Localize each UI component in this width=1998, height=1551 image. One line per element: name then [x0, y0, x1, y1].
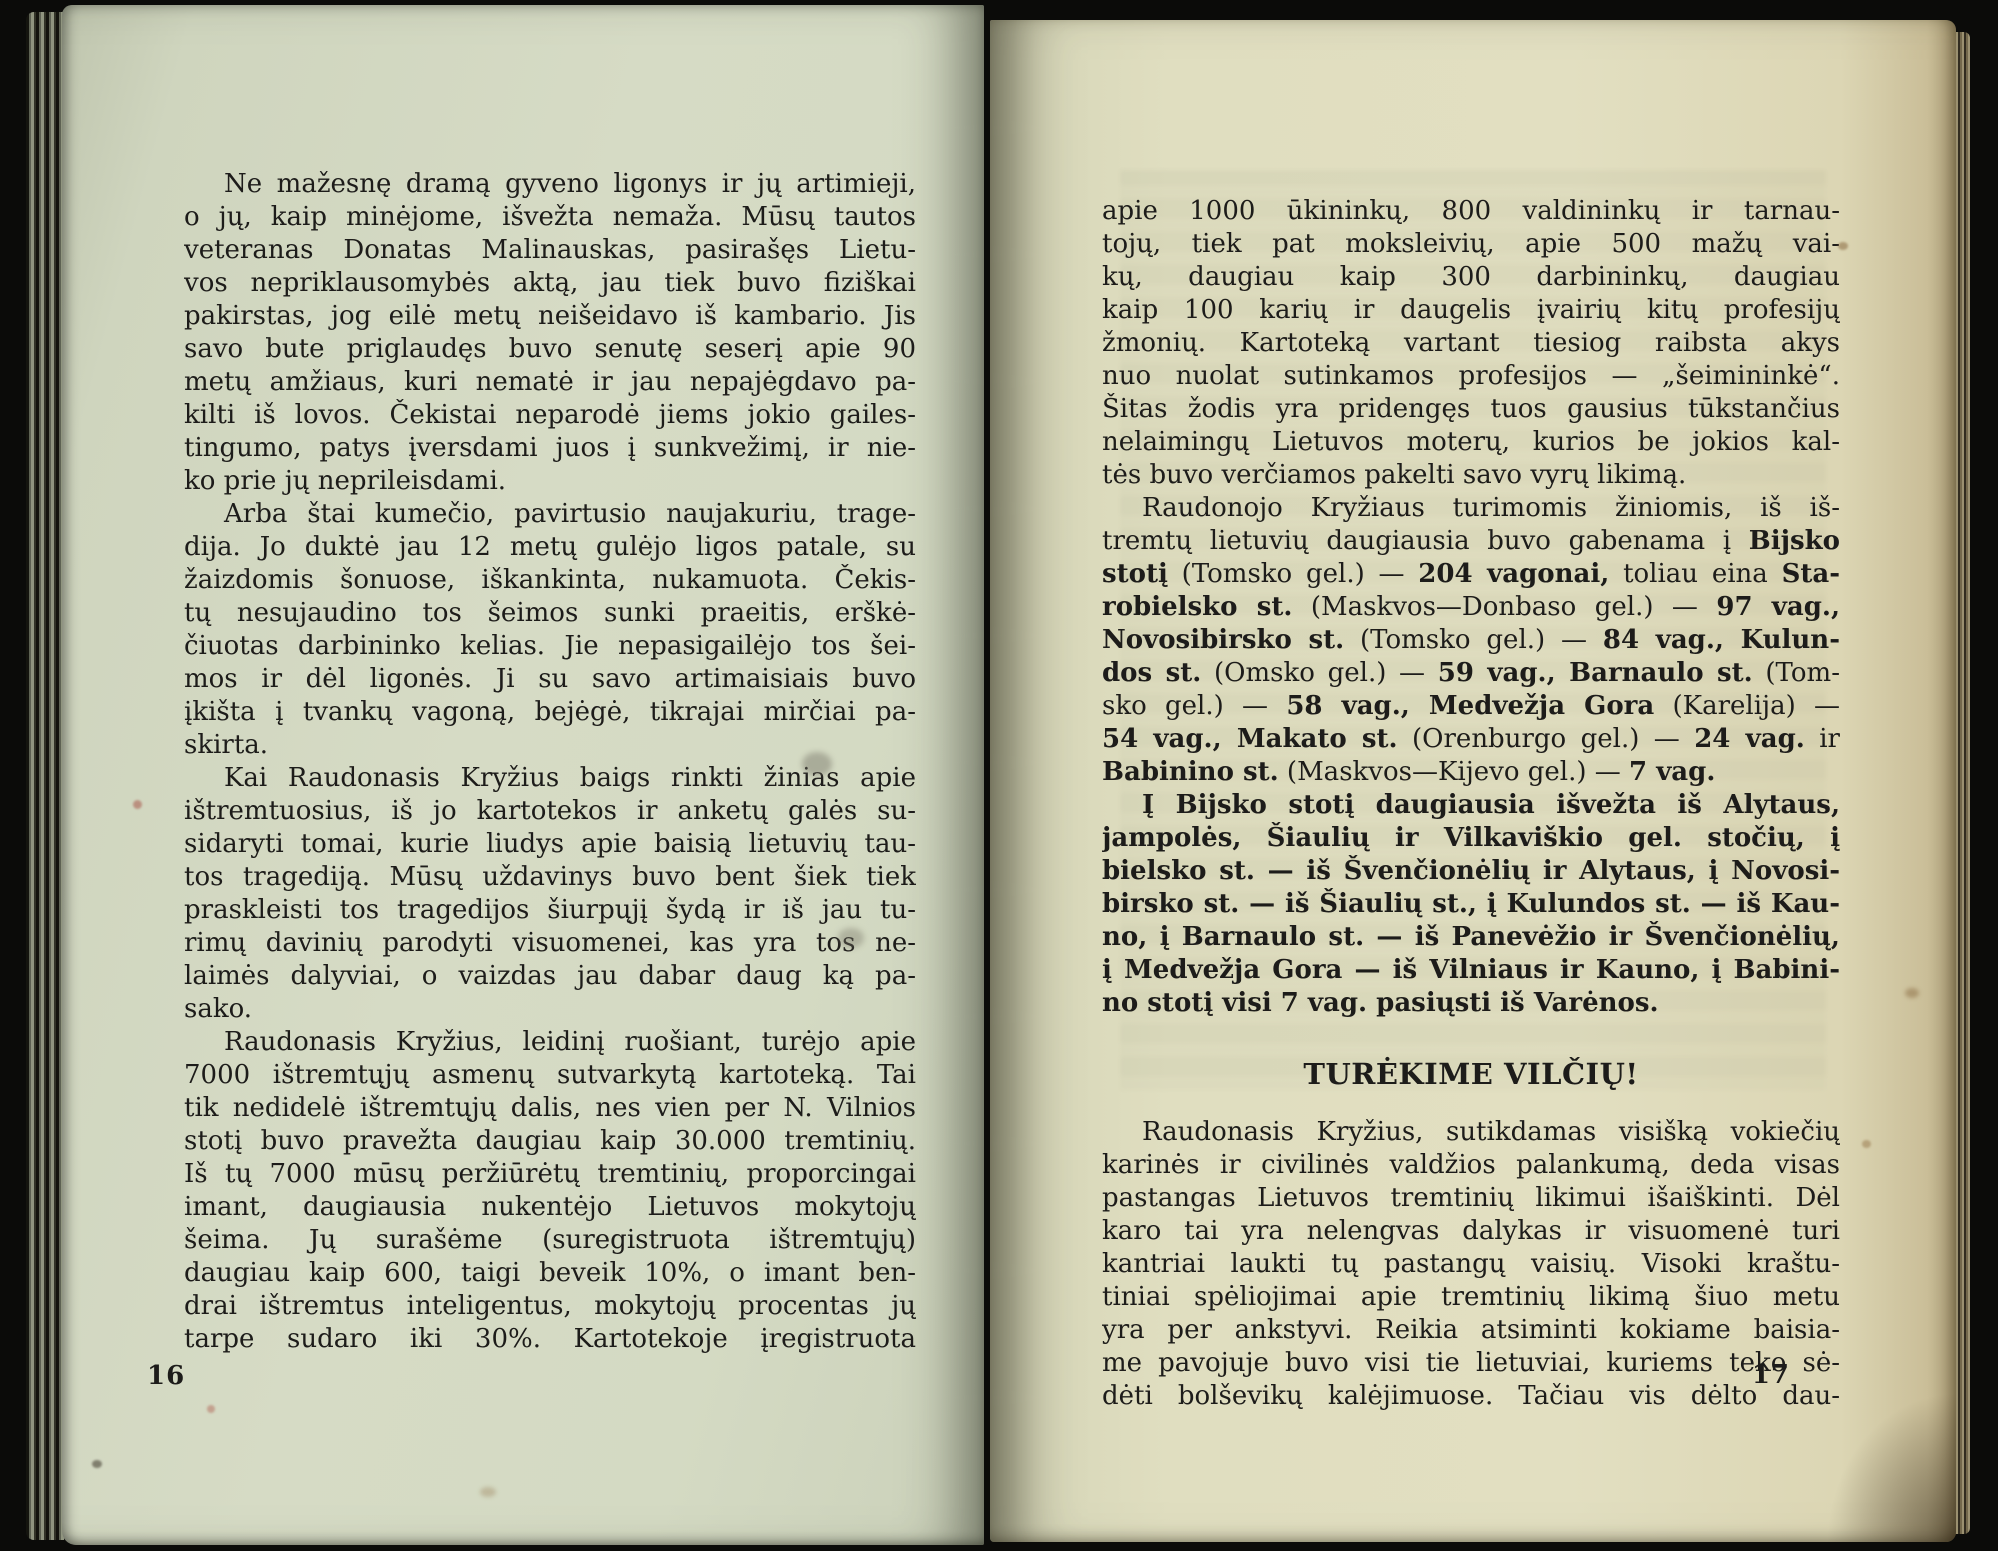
text-line: kaip 100 karių ir daugelis įvairių kitų … [1102, 294, 1840, 327]
text-line: Raudonojo Kryžiaus turimomis žiniomis, i… [1102, 492, 1840, 525]
page-corner-shadow [1826, 1392, 1956, 1542]
text-line: apie 1000 ūkininkų, 800 valdininkų ir ta… [1102, 195, 1840, 228]
text-line: vos nepriklausomybės aktą, jau tiek buvo… [184, 267, 916, 300]
text-line: į Medvežja Gora — iš Vilniaus ir Kauno, … [1102, 954, 1840, 987]
text-line: Babinino st. (Maskvos—Kijevo gel.) — 7 v… [1102, 756, 1840, 789]
text-line: dija. Jo duktė jau 12 metų gulėjo ligos … [184, 531, 916, 564]
text-line: sidaryti tomai, kurie liudys apie baisią… [184, 828, 916, 861]
text-line: šeima. Jų surašėme (suregistruota ištrem… [184, 1224, 916, 1257]
text-line: Raudonasis Kryžius, sutikdamas visišką v… [1102, 1116, 1840, 1149]
text-line: tarpe sudaro iki 30%. Kartotekoje įregis… [184, 1323, 916, 1356]
stain [480, 1487, 496, 1497]
text-line: nuo nuolat sutinkamos profesijos — „šeim… [1102, 360, 1840, 393]
text-line: tingumo, patys įversdami juos į sunkveži… [184, 432, 916, 465]
text-line: Ne mažesnę dramą gyveno ligonys ir jų ar… [184, 168, 916, 201]
text-line: sako. [184, 993, 916, 1026]
text-line: tik nedidelė ištremtųjų dalis, nes vien … [184, 1092, 916, 1125]
text-line: stotį (Tomsko gel.) — 204 vagonai, tolia… [1102, 558, 1840, 591]
book-spread: Ne mažesnę dramą gyveno ligonys ir jų ar… [0, 0, 1998, 1551]
text-line: Novosibirsko st. (Tomsko gel.) — 84 vag.… [1102, 624, 1840, 657]
text-line: įkišta į tvankų vagoną, bejėgė, tikrajai… [184, 696, 916, 729]
text-line: mos ir dėl ligonės. Ji su savo artimaisi… [184, 663, 916, 696]
text-line: žaizdomis šonuose, iškankinta, nukamuota… [184, 564, 916, 597]
text-line: Iš tų 7000 mūsų peržiūrėtų tremtinių, pr… [184, 1158, 916, 1191]
stain [207, 1405, 215, 1413]
text-line: karo tai yra nelengvas dalykas ir visuom… [1102, 1215, 1840, 1248]
text-line: praskleisti tos tragedijos šiurpųjį šydą… [184, 894, 916, 927]
text-line: pastangas Lietuvos tremtinių likimui iša… [1102, 1182, 1840, 1215]
text-line: tės buvo verčiamos pakelti savo vyrų lik… [1102, 459, 1840, 492]
right-page-text-column: apie 1000 ūkininkų, 800 valdininkų ir ta… [1102, 195, 1840, 1413]
text-line: tojų, tiek pat moksleivių, apie 500 mažų… [1102, 228, 1840, 261]
text-line: nelaimingų Lietuvos moterų, kurios be jo… [1102, 426, 1840, 459]
text-line: žmonių. Kartoteką vartant tiesiog raibst… [1102, 327, 1840, 360]
page-number-left: 16 [147, 1361, 185, 1391]
text-line: o jų, kaip minėjome, išvežta nemaža. Mūs… [184, 201, 916, 234]
text-line: kų, daugiau kaip 300 darbininkų, daugiau [1102, 261, 1840, 294]
text-line: jampolės, Šiaulių ir Vilkaviškio gel. st… [1102, 822, 1840, 855]
text-line: tremtų lietuvių daugiausia buvo gabenama… [1102, 525, 1840, 558]
text-line: pakirstas, jog eilė metų neišeidavo iš k… [184, 300, 916, 333]
text-line: karinės ir civilinės valdžios palankumą,… [1102, 1149, 1840, 1182]
text-line: kantriai laukti tų pastangų vaisių. Viso… [1102, 1248, 1840, 1281]
stain [1905, 988, 1919, 998]
text-line: Raudonasis Kryžius, leidinį ruošiant, tu… [184, 1026, 916, 1059]
text-line: savo bute priglaudęs buvo senutę seserį … [184, 333, 916, 366]
text-line: birsko st. — iš Šiaulių st., į Kulundos … [1102, 888, 1840, 921]
text-line: čiuotas darbininko kelias. Jie nepasigai… [184, 630, 916, 663]
text-line: ko prie jų neprileisdami. [184, 465, 916, 498]
text-line: veteranas Donatas Malinauskas, pasirašęs… [184, 234, 916, 267]
text-line: bielsko st. — iš Švenčionėlių ir Alytaus… [1102, 855, 1840, 888]
text-line: stotį buvo pravežta daugiau kaip 30.000 … [184, 1125, 916, 1158]
page-stack-edge-left [26, 12, 64, 1540]
stain [1862, 1140, 1871, 1148]
right-page: apie 1000 ūkininkų, 800 valdininkų ir ta… [990, 20, 1956, 1542]
text-line: no stotį visi 7 vag. pasiųsti iš Varėnos… [1102, 987, 1840, 1020]
text-line: Šitas žodis yra pridengęs tuos gausius t… [1102, 393, 1840, 426]
text-line: laimės dalyviai, o vaizdas jau dabar dau… [184, 960, 916, 993]
left-page-text-column: Ne mažesnę dramą gyveno ligonys ir jų ar… [184, 168, 916, 1356]
text-line: me pavojuje buvo visi tie lietuviai, kur… [1102, 1347, 1840, 1380]
text-line: drai ištremtus inteligentus, mokytojų pr… [184, 1290, 916, 1323]
text-line: dėti bolševikų kalėjimuose. Tačiau vis d… [1102, 1380, 1840, 1413]
text-line: imant, daugiausia nukentėjo Lietuvos mok… [184, 1191, 916, 1224]
text-line: Arba štai kumečio, pavirtusio naujakuriu… [184, 498, 916, 531]
text-line: Kai Raudonasis Kryžius baigs rinkti žini… [184, 762, 916, 795]
text-line: Į Bijsko stotį daugiausia išvežta iš Aly… [1102, 789, 1840, 822]
text-line: robielsko st. (Maskvos—Donbaso gel.) — 9… [1102, 591, 1840, 624]
page-number-right: 17 [1752, 1360, 1790, 1390]
text-line: skirta. [184, 729, 916, 762]
text-line: dos st. (Omsko gel.) — 59 vag., Barnaulo… [1102, 657, 1840, 690]
stain [92, 1460, 102, 1468]
text-line: metų amžiaus, kuri nematė ir jau nepajėg… [184, 366, 916, 399]
text-line: daugiau kaip 600, taigi beveik 10%, o im… [184, 1257, 916, 1290]
text-line: tiniai spėliojimai apie tremtinių likimą… [1102, 1281, 1840, 1314]
stain [133, 800, 142, 809]
text-line: ištremtuosius, iš jo kartotekos ir anket… [184, 795, 916, 828]
text-line: kilti iš lovos. Čekistai neparodė jiems … [184, 399, 916, 432]
text-line: 54 vag., Makato st. (Orenburgo gel.) — 2… [1102, 723, 1840, 756]
text-line: tų nesujaudino tos šeimos sunki praeitis… [184, 597, 916, 630]
text-line: 7000 ištremtųjų asmenų sutvarkytą kartot… [184, 1059, 916, 1092]
section-heading: TURĖKIME VILČIŲ! [1102, 1054, 1840, 1094]
left-page: Ne mažesnę dramą gyveno ligonys ir jų ar… [62, 5, 984, 1545]
text-line: no, į Barnaulo st. — iš Panevėžio ir Šve… [1102, 921, 1840, 954]
text-line: yra per ankstyvi. Reikia atsiminti kokia… [1102, 1314, 1840, 1347]
text-line: rimų davinių parodyti visuomenei, kas yr… [184, 927, 916, 960]
text-line: sko gel.) — 58 vag., Medvežja Gora (Kare… [1102, 690, 1840, 723]
text-line: tos tragediją. Mūsų uždavinys buvo bent … [184, 861, 916, 894]
